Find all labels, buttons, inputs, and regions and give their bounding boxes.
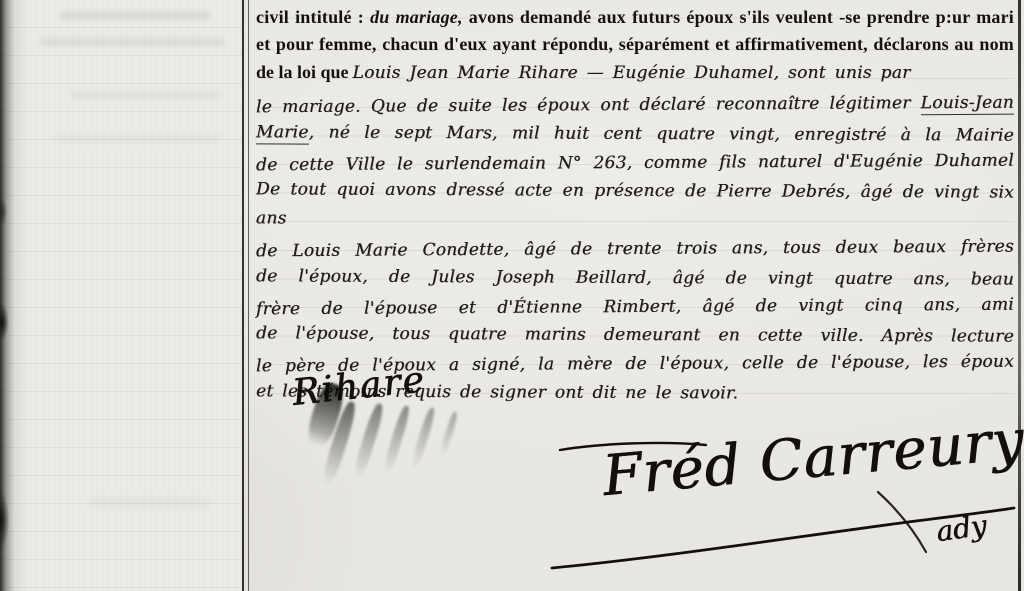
printed-line-2: et pour femme, chacun d'eux ayant répond…: [256, 31, 1014, 58]
printed-text: avons demandé aux futurs époux s'ils veu…: [463, 7, 1014, 27]
binding-edge: [0, 0, 14, 591]
bleedthrough-ghost: [60, 12, 210, 19]
bleedthrough-ghost: [70, 92, 220, 98]
bleedthrough-ghost: [90, 498, 210, 507]
handwritten-line: de l'époux, de Jules Joseph Beillard, âg…: [256, 262, 1014, 294]
bleedthrough-ghost: [40, 38, 225, 46]
mixed-line-3: de la loi que Louis Jean Marie Rihare — …: [256, 58, 1014, 88]
handwritten-block: le mariage. Que de suite les époux ont d…: [256, 91, 1014, 408]
underlined-name: Louis-Jean: [921, 93, 1014, 116]
handwritten-line: de l'épouse, tous quatre marins demeuran…: [256, 320, 1014, 352]
margin-rule-line: [242, 0, 249, 591]
bleedthrough-ghost: [55, 135, 220, 141]
printed-italic-text: du mariage,: [370, 7, 463, 27]
handwritten-line: de cette Ville le surlendemain N° 263, c…: [256, 146, 1014, 179]
ink-streak: [409, 407, 436, 471]
register-page: civil intitulé : du mariage, avons deman…: [0, 0, 1024, 591]
handwritten-line: de Louis Marie Condette, âgé de trente t…: [256, 233, 1014, 266]
handwritten-text: Louis Jean Marie Rihare — Eugénie Duhame…: [353, 63, 911, 83]
handwritten-line: De tout quoi avons dressé acte en présen…: [256, 176, 1014, 237]
left-margin: [0, 0, 243, 591]
printed-text: de la loi que: [256, 62, 349, 82]
ink-streak: [381, 405, 412, 477]
act-text-column: civil intitulé : du mariage, avons deman…: [256, 4, 1014, 408]
ink-streak: [320, 400, 359, 486]
handwritten-line: frère de l'épouse et d'Étienne Rimbert, …: [256, 290, 1014, 323]
ink-streak: [351, 402, 385, 480]
signature-official-title: ady: [934, 509, 989, 549]
handwritten-line: le mariage. Que de suite les époux ont d…: [256, 89, 1014, 122]
handwritten-text: , né le sept Mars, mil huit cent quatre …: [309, 122, 1014, 145]
handwritten-text: le mariage. Que de suite les époux ont d…: [256, 93, 921, 117]
printed-line-1: civil intitulé : du mariage, avons deman…: [256, 4, 1014, 31]
handwritten-line: Marie, né le sept Mars, mil huit cent qu…: [256, 118, 1014, 150]
printed-text: civil intitulé :: [256, 7, 370, 27]
ink-streak: [438, 411, 459, 459]
underlined-name: Marie: [256, 122, 309, 144]
page-right-edge: [1018, 0, 1021, 591]
